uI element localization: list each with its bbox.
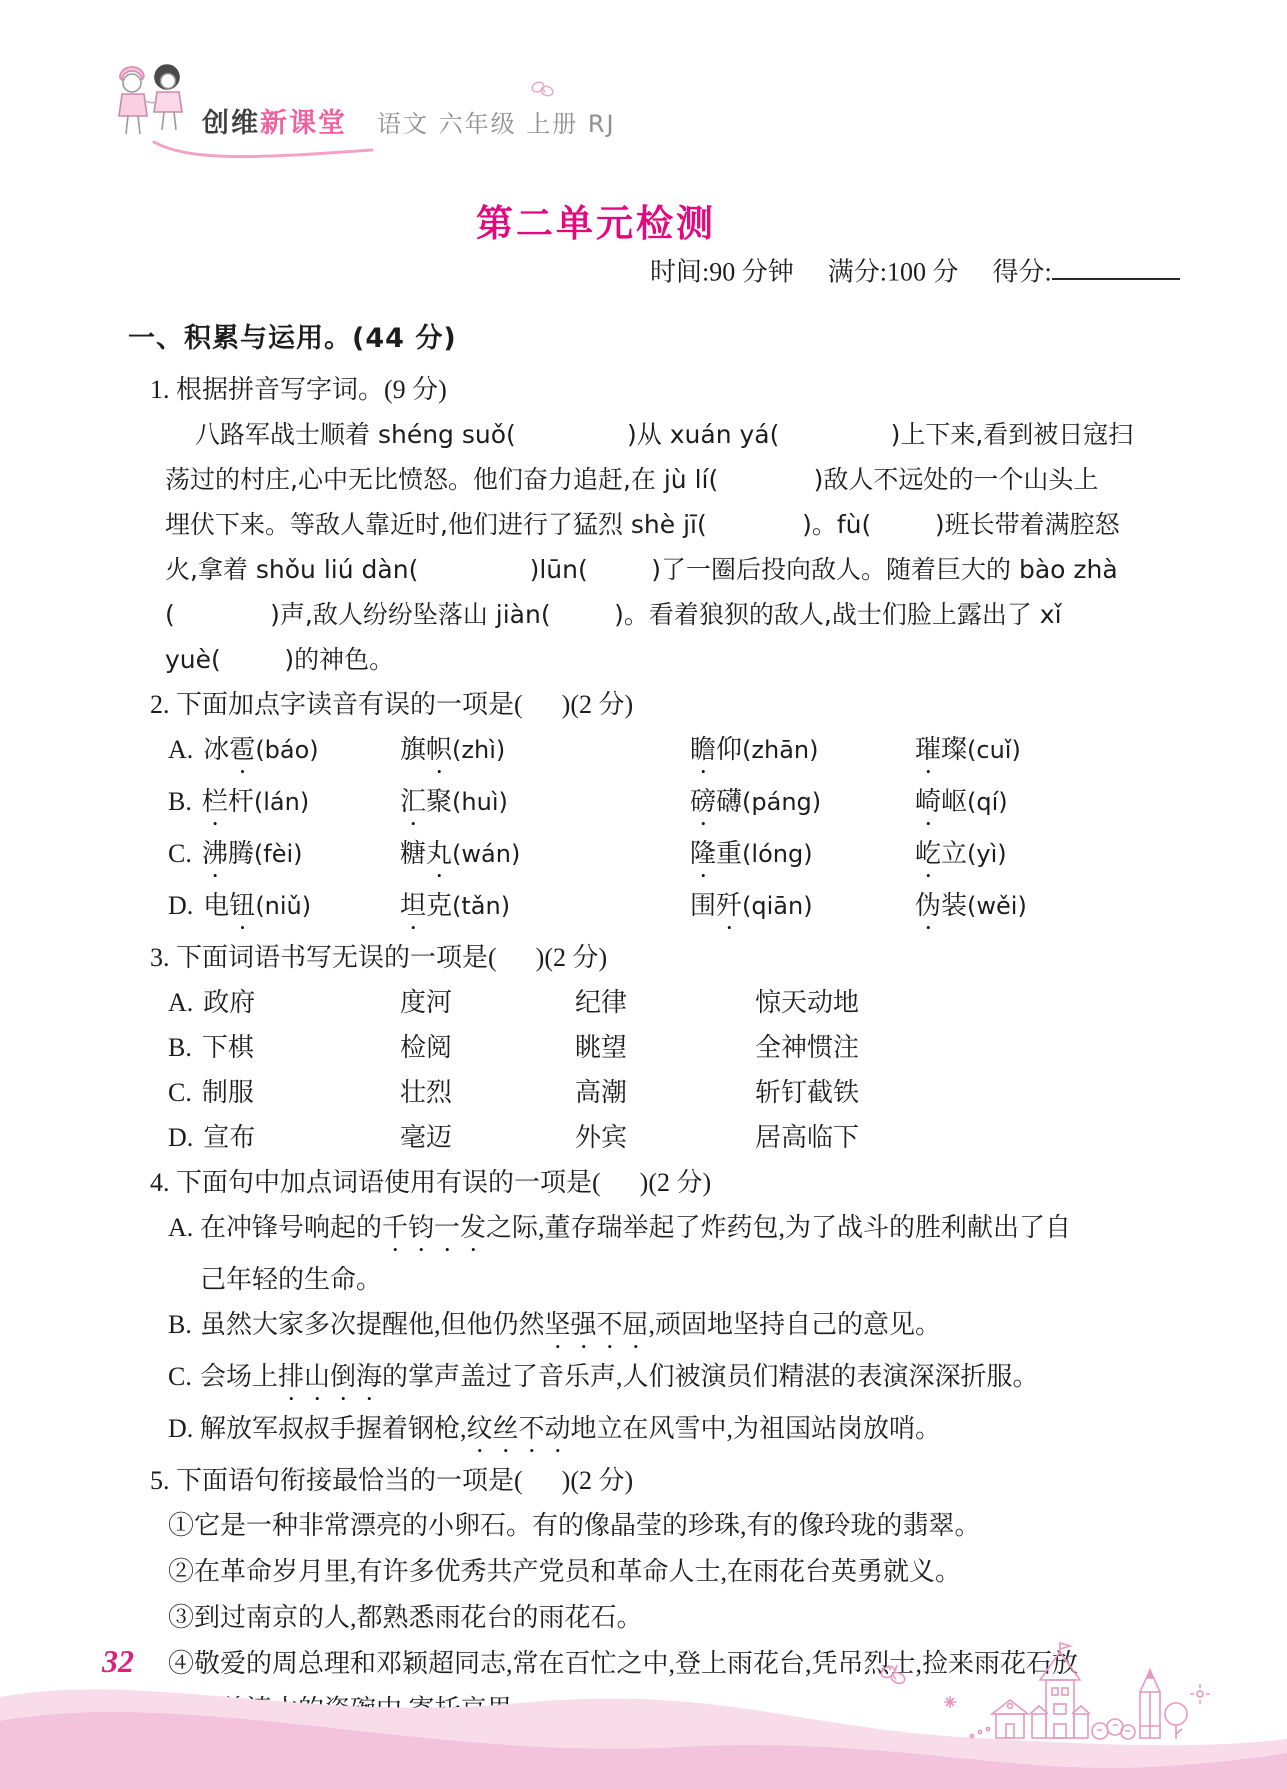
word-with-dotted-char: 旗帜 bbox=[400, 735, 452, 764]
sparkle-icon bbox=[944, 1696, 956, 1708]
dotted-char: 伪 bbox=[915, 891, 941, 920]
word-item: 居高临下 bbox=[755, 1115, 1178, 1160]
full-score: 满分:100 分 bbox=[828, 257, 959, 286]
q1-paragraph-line: yuè( )的神色。 bbox=[165, 637, 1178, 682]
word-item: 度河 bbox=[400, 980, 575, 1025]
word-with-dotted-char: 栏杆 bbox=[202, 787, 254, 816]
plain-char: 杆 bbox=[228, 787, 254, 816]
pronunciation-item: C.沸腾(fèi) bbox=[168, 831, 400, 883]
worksheet-page: 创维新课堂语文 六年级 上册 RJ 第二单元检测 时间:90 分钟满分:100 … bbox=[0, 0, 1287, 1789]
word-text: 宣布 bbox=[203, 1123, 255, 1152]
tree-icon bbox=[1165, 1703, 1187, 1739]
plain-char: 岖 bbox=[941, 787, 967, 816]
word-with-dotted-char: 磅礴 bbox=[690, 787, 742, 816]
dotted-char: 隆 bbox=[690, 839, 716, 868]
text-segment: 己年轻的生命。 bbox=[200, 1265, 382, 1294]
word-item: A.政府 bbox=[168, 980, 400, 1025]
subject-tagline: 语文 六年级 上册 RJ bbox=[377, 110, 616, 138]
q4-option-line: 虽然大家多次提醒他,但他仍然坚强不屈,顽固地坚持自己的意见。 bbox=[200, 1302, 1178, 1354]
q1-paragraph-line: 埋伏下来。等敌人靠近时,他们进行了猛烈 shè jī( )。fù( )班长带着满… bbox=[165, 502, 1178, 547]
text-segment: 纹丝不动 bbox=[467, 1414, 571, 1443]
pronunciation-item: 旗帜(zhì) bbox=[400, 727, 690, 779]
pinyin-annotation: (qí) bbox=[967, 788, 1008, 816]
footer-lineart-decorations bbox=[868, 1638, 1228, 1758]
option-label: C. bbox=[168, 1354, 192, 1399]
word-with-dotted-char: 沸腾 bbox=[202, 839, 254, 868]
text-segment: 之际,董存瑞举起了炸药包,为了战斗的胜利献出了自 bbox=[486, 1213, 1071, 1242]
two-students-illustration bbox=[106, 50, 198, 150]
q2-options: A.冰雹(báo)旗帜(zhì)瞻仰(zhān)璀璨(cuǐ)B.栏杆(lán)… bbox=[128, 727, 1178, 935]
q2-option-row: A.冰雹(báo)旗帜(zhì)瞻仰(zhān)璀璨(cuǐ) bbox=[168, 727, 1178, 779]
word-text: 度河 bbox=[400, 988, 452, 1017]
pronunciation-item: 坦克(tǎn) bbox=[400, 883, 690, 935]
q4-option: A.在冲锋号响起的千钧一发之际,董存瑞举起了炸药包,为了战斗的胜利献出了自己年轻… bbox=[168, 1205, 1178, 1302]
pinyin-annotation: (wán) bbox=[452, 840, 520, 868]
word-text: 毫迈 bbox=[400, 1123, 452, 1152]
score-blank-line bbox=[1052, 251, 1180, 280]
text-segment: 会场上 bbox=[200, 1362, 278, 1391]
word-item: 检阅 bbox=[400, 1025, 575, 1070]
pronunciation-item: 璀璨(cuǐ) bbox=[915, 727, 1178, 779]
plain-char: 旗 bbox=[400, 735, 426, 764]
bushes-icon bbox=[1092, 1719, 1135, 1739]
brand-pink: 新课堂 bbox=[260, 108, 347, 139]
word-item: C.制服 bbox=[168, 1070, 400, 1115]
house-icon bbox=[992, 1700, 1028, 1738]
plain-char: 腾 bbox=[228, 839, 254, 868]
option-label: B. bbox=[168, 1302, 192, 1347]
q3-option-row: D.宣布毫迈外宾居高临下 bbox=[168, 1115, 1178, 1160]
dotted-char: 雹 bbox=[229, 735, 255, 764]
option-label: A. bbox=[168, 988, 193, 1017]
pronunciation-item: 崎岖(qí) bbox=[915, 779, 1178, 831]
q1-paragraph-line: ( )声,敌人纷纷坠落山 jiàn( )。看着狼狈的敌人,战士们脸上露出了 xǐ bbox=[165, 592, 1178, 637]
q1-pinyin-paragraph: 八路军战士顺着 shéng suǒ( )从 xuán yá( )上下来,看到被日… bbox=[165, 412, 1178, 682]
plain-char: 围 bbox=[690, 891, 716, 920]
pinyin-annotation: (fèi) bbox=[254, 840, 303, 868]
text-segment: 虽然大家多次提醒他,但他仍然 bbox=[200, 1310, 545, 1339]
pencil-icon bbox=[1140, 1670, 1160, 1738]
text-segment: ,顽固地坚持自己的意见。 bbox=[649, 1310, 942, 1339]
q5-sentence-line: ②在革命岁月里,有许多优秀共产党员和革命人士,在雨花台英勇就义。 bbox=[168, 1549, 1178, 1595]
plain-char: 糖 bbox=[400, 839, 426, 868]
plain-char: 电 bbox=[203, 891, 229, 920]
word-text: 居高临下 bbox=[755, 1123, 859, 1152]
q4-option: C.会场上排山倒海的掌声盖过了音乐声,人们被演员们精湛的表演深深折服。 bbox=[168, 1354, 1178, 1406]
word-text: 外宾 bbox=[575, 1123, 627, 1152]
dotted-char: 汇 bbox=[400, 787, 426, 816]
option-label: B. bbox=[168, 1033, 192, 1062]
q3-option-row: C.制服壮烈高潮斩钉截铁 bbox=[168, 1070, 1178, 1115]
pink-swoosh-line bbox=[150, 138, 380, 164]
word-text: 斩钉截铁 bbox=[755, 1078, 859, 1107]
pinyin-annotation: (báo) bbox=[255, 736, 318, 764]
pinyin-annotation: (páng) bbox=[742, 788, 821, 816]
dotted-char: 璀 bbox=[915, 735, 941, 764]
q2-option-row: C.沸腾(fèi)糖丸(wán)隆重(lóng)屹立(yì) bbox=[168, 831, 1178, 883]
dotted-char: 沸 bbox=[202, 839, 228, 868]
option-label: D. bbox=[168, 1123, 193, 1152]
flower-icon bbox=[1190, 1684, 1210, 1704]
q1-paragraph-line: 荡过的村庄,心中无比愤怒。他们奋力追赶,在 jù lí( )敌人不远处的一个山头… bbox=[165, 457, 1178, 502]
text-segment: 地立在风雪中,为祖国站岗放哨。 bbox=[571, 1414, 942, 1443]
pronunciation-item: 伪装(wěi) bbox=[915, 883, 1178, 935]
word-text: 制服 bbox=[202, 1078, 254, 1107]
brand-title: 创维新课堂 bbox=[202, 108, 347, 139]
q1-title: 1. 根据拼音写字词。(9 分) bbox=[150, 367, 1178, 412]
q2-option-row: B.栏杆(lán)汇聚(huì)磅礴(páng)崎岖(qí) bbox=[168, 779, 1178, 831]
q4-option-line: 会场上排山倒海的掌声盖过了音乐声,人们被演员们精湛的表演深深折服。 bbox=[200, 1354, 1178, 1406]
text-segment: 在冲锋号响起的 bbox=[200, 1213, 382, 1242]
q3-option-row: B.下棋检阅眺望全神惯注 bbox=[168, 1025, 1178, 1070]
word-with-dotted-char: 汇聚 bbox=[400, 787, 452, 816]
test-meta-line: 时间:90 分钟满分:100 分得分: bbox=[650, 251, 1180, 288]
pronunciation-item: 屹立(yì) bbox=[915, 831, 1178, 883]
castle-icon bbox=[1030, 1643, 1090, 1738]
pinyin-annotation: (lán) bbox=[254, 788, 309, 816]
q2-title: 2. 下面加点字读音有误的一项是( )(2 分) bbox=[150, 682, 1178, 727]
text-segment: 排山倒海 bbox=[278, 1362, 382, 1391]
plain-char: 礴 bbox=[716, 787, 742, 816]
text-segment: 坚强不屈 bbox=[545, 1310, 649, 1339]
plain-char: 立 bbox=[941, 839, 967, 868]
text-segment: 千钧一发 bbox=[382, 1213, 486, 1242]
page-header: 创维新课堂语文 六年级 上册 RJ bbox=[106, 50, 616, 150]
pinyin-annotation: (huì) bbox=[452, 788, 508, 816]
pinyin-annotation: (zhān) bbox=[742, 736, 818, 764]
q3-options: A.政府度河纪律惊天动地B.下棋检阅眺望全神惯注C.制服壮烈高潮斩钉截铁D.宣布… bbox=[128, 980, 1178, 1160]
dotted-char: 崎 bbox=[915, 787, 941, 816]
dotted-char: 栏 bbox=[202, 787, 228, 816]
plain-char: 克 bbox=[426, 891, 452, 920]
q2-option-row: D.电钮(niǔ)坦克(tǎn)围歼(qiān)伪装(wěi) bbox=[168, 883, 1178, 935]
word-item: 毫迈 bbox=[400, 1115, 575, 1160]
text-segment: 解放军叔叔手握着钢枪, bbox=[200, 1414, 467, 1443]
q3-option-row: A.政府度河纪律惊天动地 bbox=[168, 980, 1178, 1025]
pronunciation-item: 瞻仰(zhān) bbox=[690, 727, 915, 779]
pronunciation-item: B.栏杆(lán) bbox=[168, 779, 400, 831]
option-label: A. bbox=[168, 1205, 193, 1250]
section-1-heading: 一、积累与运用。(44 分) bbox=[128, 316, 1178, 355]
word-text: 壮烈 bbox=[400, 1078, 452, 1107]
word-with-dotted-char: 璀璨 bbox=[915, 735, 967, 764]
dotted-char: 歼 bbox=[716, 891, 742, 920]
option-label: D. bbox=[168, 1406, 193, 1451]
dotted-char: 磅 bbox=[690, 787, 716, 816]
word-with-dotted-char: 屹立 bbox=[915, 839, 967, 868]
word-with-dotted-char: 电钮 bbox=[203, 891, 255, 920]
pronunciation-item: A.冰雹(báo) bbox=[168, 727, 400, 779]
word-text: 全神惯注 bbox=[755, 1033, 859, 1062]
word-text: 下棋 bbox=[202, 1033, 254, 1062]
q4-option: D.解放军叔叔手握着钢枪,纹丝不动地立在风雪中,为祖国站岗放哨。 bbox=[168, 1406, 1178, 1458]
pinyin-annotation: (yì) bbox=[967, 840, 1007, 868]
option-label: C. bbox=[168, 1078, 192, 1107]
score-label: 得分: bbox=[992, 257, 1051, 286]
page-number: 32 bbox=[102, 1643, 134, 1680]
dotted-char: 丸 bbox=[426, 839, 452, 868]
word-item: 全神惯注 bbox=[755, 1025, 1178, 1070]
word-item: B.下棋 bbox=[168, 1025, 400, 1070]
text-segment: 的掌声盖过了音乐声,人们被演员们精湛的表演深深折服。 bbox=[382, 1362, 1039, 1391]
word-with-dotted-char: 隆重 bbox=[690, 839, 742, 868]
plain-char: 重 bbox=[716, 839, 742, 868]
pinyin-annotation: (lóng) bbox=[742, 840, 813, 868]
option-label: C. bbox=[168, 839, 192, 868]
option-label: B. bbox=[168, 787, 192, 816]
pinyin-annotation: (qiān) bbox=[742, 892, 813, 920]
plain-char: 璨 bbox=[941, 735, 967, 764]
pinyin-annotation: (cuǐ) bbox=[967, 736, 1021, 764]
pinyin-annotation: (tǎn) bbox=[452, 892, 510, 920]
butterfly-icon bbox=[530, 78, 556, 102]
plain-char: 冰 bbox=[203, 735, 229, 764]
plain-char: 仰 bbox=[716, 735, 742, 764]
pronunciation-item: 糖丸(wán) bbox=[400, 831, 690, 883]
word-text: 政府 bbox=[203, 988, 255, 1017]
q4-option: B.虽然大家多次提醒他,但他仍然坚强不屈,顽固地坚持自己的意见。 bbox=[168, 1302, 1178, 1354]
plain-char: 装 bbox=[941, 891, 967, 920]
q4-title: 4. 下面句中加点词语使用有误的一项是( )(2 分) bbox=[150, 1160, 1178, 1205]
word-item: 斩钉截铁 bbox=[755, 1070, 1178, 1115]
word-item: 纪律 bbox=[575, 980, 755, 1025]
dotted-char: 钮 bbox=[229, 891, 255, 920]
q4-option-line: 解放军叔叔手握着钢枪,纹丝不动地立在风雪中,为祖国站岗放哨。 bbox=[200, 1406, 1178, 1458]
word-text: 眺望 bbox=[575, 1033, 627, 1062]
pronunciation-item: 汇聚(huì) bbox=[400, 779, 690, 831]
word-text: 纪律 bbox=[575, 988, 627, 1017]
dotted-char: 屹 bbox=[915, 839, 941, 868]
unit-test-title: 第二单元检测 bbox=[476, 193, 716, 247]
butterfly-icon bbox=[879, 1664, 906, 1685]
q4-option-line: 己年轻的生命。 bbox=[200, 1257, 1178, 1302]
test-body: 一、积累与运用。(44 分) 1. 根据拼音写字词。(9 分) 八路军战士顺着 … bbox=[128, 316, 1178, 1733]
word-with-dotted-char: 围歼 bbox=[690, 891, 742, 920]
q1-paragraph-line: 火,拿着 shǒu liú dàn( )lūn( )了一圈后投向敌人。随着巨大的… bbox=[165, 547, 1178, 592]
pronunciation-item: 磅礴(páng) bbox=[690, 779, 915, 831]
word-with-dotted-char: 冰雹 bbox=[203, 735, 255, 764]
pinyin-annotation: (wěi) bbox=[967, 892, 1027, 920]
option-label: D. bbox=[168, 891, 193, 920]
word-item: 外宾 bbox=[575, 1115, 755, 1160]
pronunciation-item: 围歼(qiān) bbox=[690, 883, 915, 935]
brand-dark: 创维 bbox=[202, 108, 260, 139]
pinyin-annotation: (niǔ) bbox=[255, 892, 311, 920]
q1-paragraph-line: 八路军战士顺着 shéng suǒ( )从 xuán yá( )上下来,看到被日… bbox=[165, 412, 1178, 457]
q5-sentence-line: ①它是一种非常漂亮的小卵石。有的像晶莹的珍珠,有的像玲珑的翡翠。 bbox=[168, 1503, 1178, 1549]
pronunciation-item: 隆重(lóng) bbox=[690, 831, 915, 883]
word-with-dotted-char: 坦克 bbox=[400, 891, 452, 920]
word-item: 高潮 bbox=[575, 1070, 755, 1115]
pronunciation-item: D.电钮(niǔ) bbox=[168, 883, 400, 935]
q5-sentence-line: ③到过南京的人,都熟悉雨花台的雨花石。 bbox=[168, 1595, 1178, 1641]
q5-title: 5. 下面语句衔接最恰当的一项是( )(2 分) bbox=[150, 1458, 1178, 1503]
q3-title: 3. 下面词语书写无误的一项是( )(2 分) bbox=[150, 935, 1178, 980]
word-item: D.宣布 bbox=[168, 1115, 400, 1160]
q4-options: A.在冲锋号响起的千钧一发之际,董存瑞举起了炸药包,为了战斗的胜利献出了自己年轻… bbox=[168, 1205, 1178, 1458]
word-item: 惊天动地 bbox=[755, 980, 1178, 1025]
word-with-dotted-char: 崎岖 bbox=[915, 787, 967, 816]
dotted-char: 坦 bbox=[400, 891, 426, 920]
word-text: 高潮 bbox=[575, 1078, 627, 1107]
plain-char: 聚 bbox=[426, 787, 452, 816]
word-with-dotted-char: 瞻仰 bbox=[690, 735, 742, 764]
word-with-dotted-char: 糖丸 bbox=[400, 839, 452, 868]
option-label: A. bbox=[168, 735, 193, 764]
word-item: 壮烈 bbox=[400, 1070, 575, 1115]
word-with-dotted-char: 伪装 bbox=[915, 891, 967, 920]
word-text: 检阅 bbox=[400, 1033, 452, 1062]
dotted-char: 瞻 bbox=[690, 735, 716, 764]
dot-trail bbox=[970, 1727, 989, 1737]
q4-option-line: 在冲锋号响起的千钧一发之际,董存瑞举起了炸药包,为了战斗的胜利献出了自 bbox=[200, 1205, 1178, 1257]
pinyin-annotation: (zhì) bbox=[452, 736, 505, 764]
time-limit: 时间:90 分钟 bbox=[650, 257, 794, 286]
word-text: 惊天动地 bbox=[755, 988, 859, 1017]
word-item: 眺望 bbox=[575, 1025, 755, 1070]
dotted-char: 帜 bbox=[426, 735, 452, 764]
